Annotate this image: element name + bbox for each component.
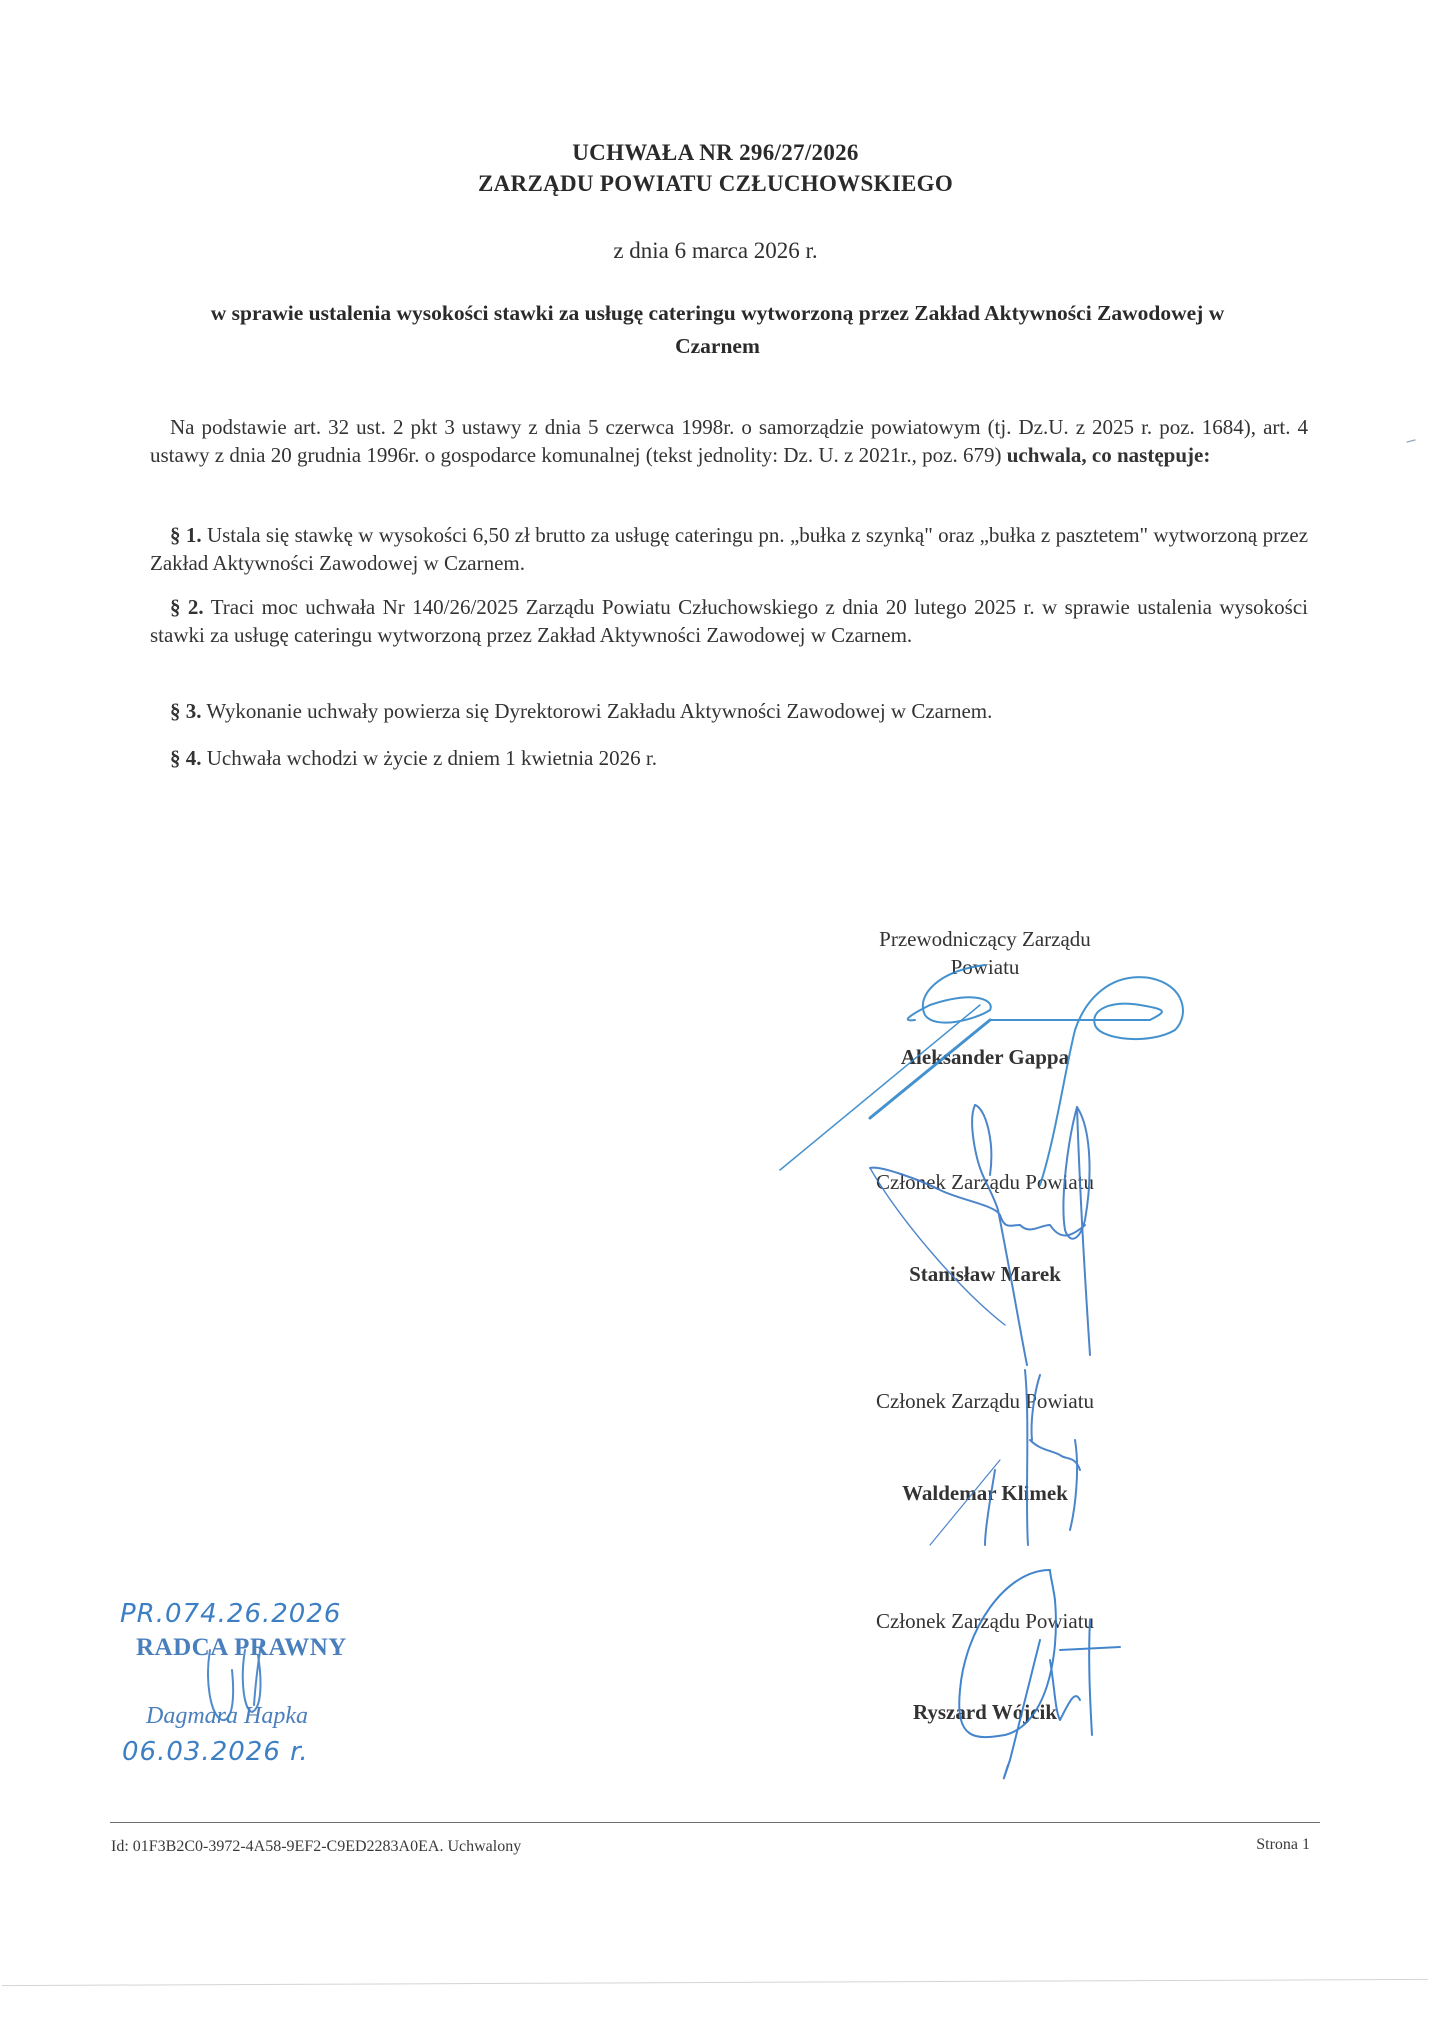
document-id: Id: 01F3B2C0-3972-4A58-9EF2-C9ED2283A0EA… xyxy=(111,1838,521,1856)
paragraph-4: § 4. Uchwała wchodzi w życie z dniem 1 k… xyxy=(150,744,1308,772)
stamp-name: Dagmara Hapka xyxy=(146,1703,308,1730)
signatory-1-role: Przewodniczący Zarządu xyxy=(830,927,1140,952)
signature-gappa-icon xyxy=(780,965,1183,1185)
resolution-date: z dnia 6 marca 2026 r. xyxy=(0,238,1431,264)
paragraph-number: § 1. xyxy=(170,523,202,547)
signatory-1-name: Aleksander Gappa xyxy=(830,1045,1140,1070)
document-page: UCHWAŁA NR 296/27/2026 ZARZĄDU POWIATU C… xyxy=(0,0,1431,2024)
paragraph-text: Wykonanie uchwały powierza się Dyrektoro… xyxy=(206,699,992,723)
signatory-2-role: Członek Zarządu Powiatu xyxy=(830,1170,1140,1195)
paragraph-2: § 2. Traci moc uchwała Nr 140/26/2025 Za… xyxy=(150,593,1308,649)
signature-marek-icon xyxy=(870,1105,1090,1365)
resolution-number: UCHWAŁA NR 296/27/2026 xyxy=(0,140,1431,166)
signatory-4-role: Członek Zarządu Powiatu xyxy=(830,1609,1140,1634)
footer-divider xyxy=(110,1822,1320,1823)
signatory-2-name: Stanisław Marek xyxy=(830,1262,1140,1287)
paragraph-text: Ustala się stawkę w wysokości 6,50 zł br… xyxy=(150,523,1308,575)
paragraph-number: § 4. xyxy=(170,746,202,770)
signatory-1-role-cont: Powiatu xyxy=(830,955,1140,980)
paragraph-1: § 1. Ustala się stawkę w wysokości 6,50 … xyxy=(150,521,1308,577)
issuing-body: ZARZĄDU POWIATU CZŁUCHOWSKIEGO xyxy=(0,171,1431,197)
paragraph-number: § 2. xyxy=(170,595,204,619)
paragraph-3: § 3. Wykonanie uchwały powierza się Dyre… xyxy=(150,697,1308,725)
legal-basis-paragraph: Na podstawie art. 32 ust. 2 pkt 3 ustawy… xyxy=(150,413,1308,469)
paragraph-text: Uchwała wchodzi w życie z dniem 1 kwietn… xyxy=(207,746,657,770)
stamp-date: 06.03.2026 r. xyxy=(122,1737,309,1767)
stamp-title: RADCA PRAWNY xyxy=(136,1634,347,1662)
signature-wojcik-icon xyxy=(959,1570,1120,1778)
page-number: Strona 1 xyxy=(1230,1836,1310,1854)
signatory-3-role: Członek Zarządu Powiatu xyxy=(830,1389,1140,1414)
paragraph-number: § 3. xyxy=(170,699,202,723)
signatory-3-name: Waldemar Klimek xyxy=(830,1481,1140,1506)
resolution-clause: uchwala, co następuje: xyxy=(1007,443,1211,467)
resolution-subject: w sprawie ustalenia wysokości stawki za … xyxy=(180,297,1255,363)
signatory-4-name: Ryszard Wójcik xyxy=(830,1700,1140,1725)
stamp-reference: PR.074.26.2026 xyxy=(120,1599,341,1629)
paragraph-text: Traci moc uchwała Nr 140/26/2025 Zarządu… xyxy=(150,595,1308,647)
scan-edge-line xyxy=(2,1979,1428,1986)
